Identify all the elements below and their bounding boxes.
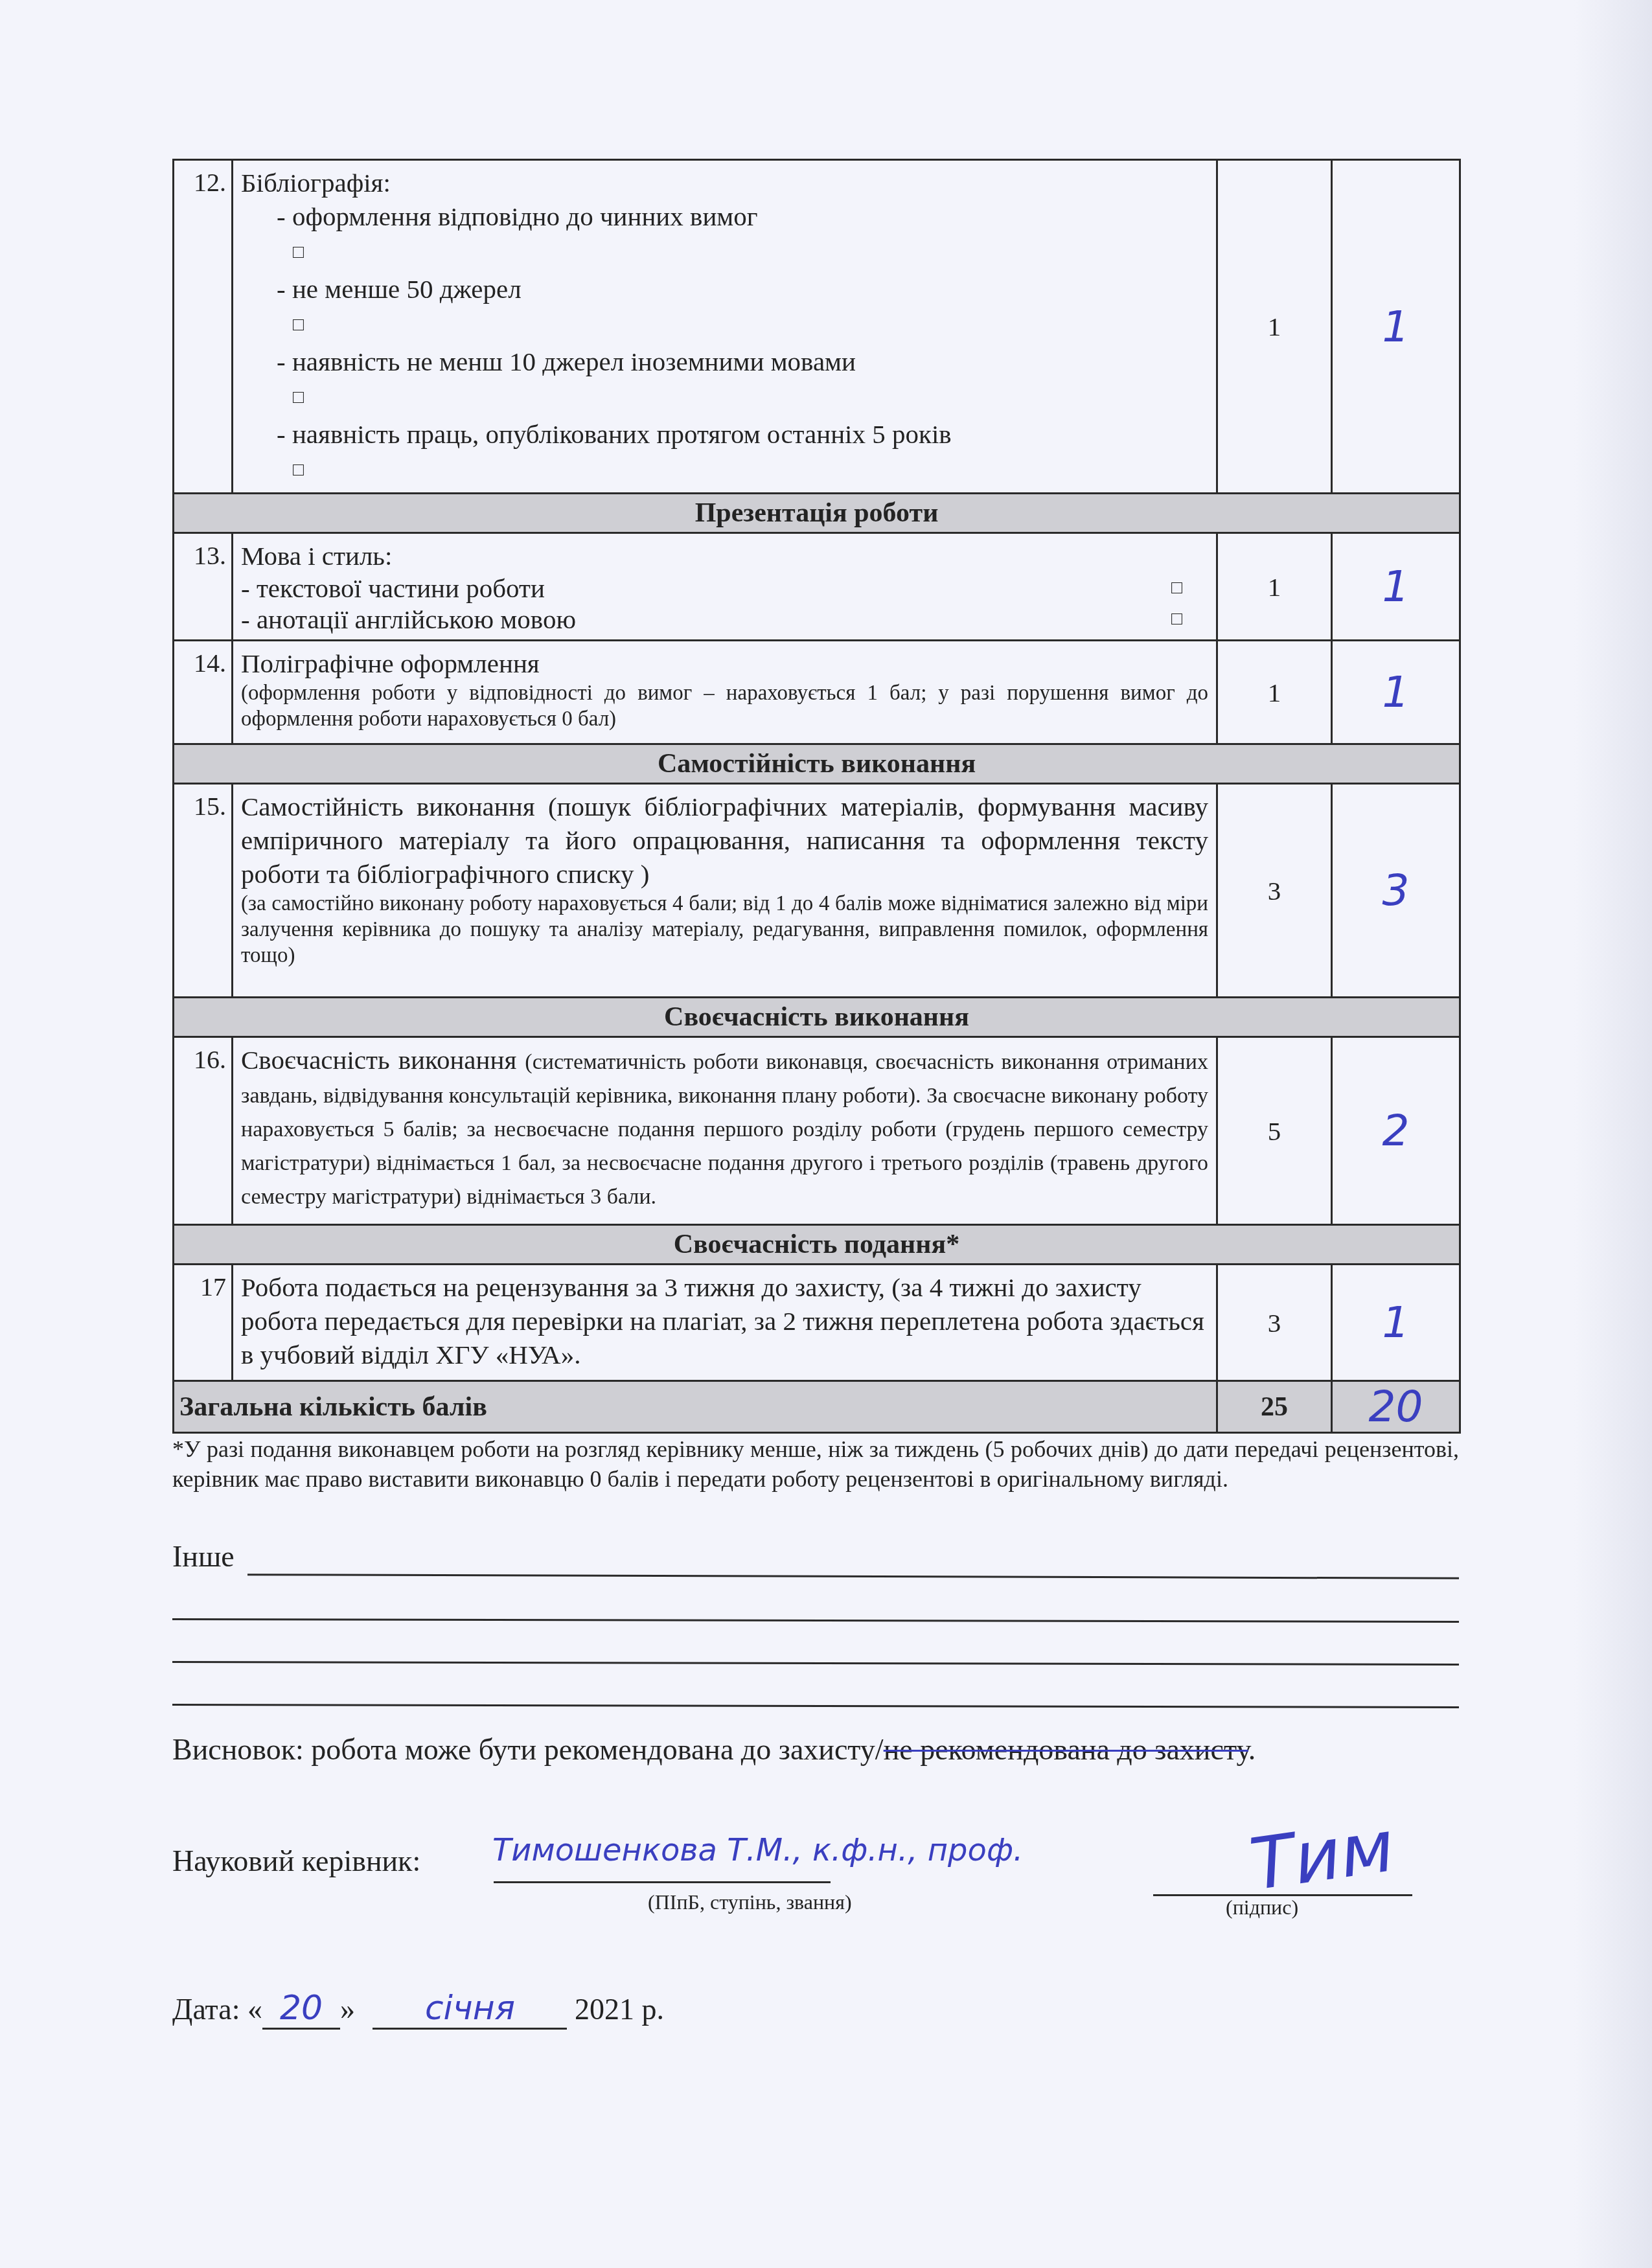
criteria-row: 17Робота подається на рецензування за 3 …	[174, 1265, 1460, 1381]
section-header: Своєчасність виконання	[174, 998, 1460, 1037]
checkbox-icon[interactable]: □	[1171, 604, 1208, 635]
section-title: Своєчасність подання*	[174, 1225, 1460, 1265]
criteria-note: (за самостійно виконану роботу нараховує…	[241, 891, 1208, 968]
row-number: 12.	[174, 160, 233, 494]
conclusion-suffix: .	[1248, 1733, 1256, 1766]
max-points: 3	[1217, 1265, 1332, 1381]
checkbox-icon[interactable]: □	[1171, 573, 1208, 604]
conclusion: Висновок: робота може бути рекомендована…	[172, 1731, 1459, 1769]
signature[interactable]: Тим	[1245, 1804, 1399, 1907]
section-title: Самостійність виконання	[174, 744, 1460, 784]
awarded-points-field[interactable]: 2	[1332, 1037, 1460, 1225]
total-score-field[interactable]: 20	[1332, 1381, 1460, 1433]
awarded-points-field[interactable]: 1	[1332, 1265, 1460, 1381]
criteria-title: Самостійність виконання (пошук бібліогра…	[241, 790, 1208, 891]
section-header: Презентація роботи	[174, 494, 1460, 533]
section-title: Презентація роботи	[174, 494, 1460, 533]
row-number: 17	[174, 1265, 233, 1381]
criteria-row: 14.Поліграфічне оформлення(оформлення ро…	[174, 641, 1460, 744]
row-number: 16.	[174, 1037, 233, 1225]
criteria-text: Своєчасність виконання (систематичність …	[233, 1037, 1217, 1225]
supervisor-name-underline	[494, 1881, 831, 1883]
max-points: 1	[1217, 533, 1332, 641]
date-year: 2021 р.	[575, 1993, 664, 2026]
criteria-title: Мова і стиль:	[241, 541, 392, 571]
criteria-text: Робота подається на рецензування за 3 ти…	[233, 1265, 1217, 1381]
criteria-row: 16.Своєчасність виконання (систематичніс…	[174, 1037, 1460, 1225]
max-points: 1	[1217, 641, 1332, 744]
awarded-points-field[interactable]: 3	[1332, 784, 1460, 998]
supervisor-label: Науковий керівник:	[172, 1844, 420, 1878]
supervisor-name-field[interactable]: Тимошенкова Т.М., к.ф.н., проф.	[492, 1832, 1023, 1868]
date-mid: »	[340, 1993, 355, 2026]
criteria-bullet: - не менше 50 джерел	[241, 272, 1208, 306]
other-line-4[interactable]	[172, 1704, 1459, 1708]
date-label: Дата: «	[172, 1993, 262, 2026]
conclusion-struck-option: не рекомендована до захисту	[884, 1733, 1248, 1766]
other-line-1[interactable]	[247, 1574, 1459, 1579]
criteria-bullet: - текстової частини роботи	[241, 573, 545, 603]
total-label: Загальна кількість балів	[174, 1381, 1217, 1433]
section-header: Самостійність виконання	[174, 744, 1460, 784]
criteria-text: Поліграфічне оформлення(оформлення робот…	[233, 641, 1217, 744]
checkbox-icon[interactable]: □	[241, 233, 1208, 272]
other-line-3[interactable]	[172, 1661, 1459, 1666]
criteria-text: Бібліографія:- оформлення відповідно до …	[233, 160, 1217, 494]
conclusion-prefix: Висновок: робота може бути рекомендована…	[172, 1733, 884, 1766]
awarded-points-field[interactable]: 1	[1332, 160, 1460, 494]
criteria-title: Робота подається на рецензування за 3 ти…	[241, 1270, 1208, 1371]
section-title: Своєчасність виконання	[174, 998, 1460, 1037]
criteria-row: 12.Бібліографія:- оформлення відповідно …	[174, 160, 1460, 494]
checkbox-icon[interactable]: □	[241, 451, 1208, 490]
checkbox-icon[interactable]: □	[241, 378, 1208, 417]
supervisor-name-caption: (ПІпБ, ступінь, звання)	[648, 1890, 852, 1914]
other-line-2[interactable]	[172, 1618, 1459, 1623]
row-number: 15.	[174, 784, 233, 998]
row-number: 13.	[174, 533, 233, 641]
criteria-note: (оформлення роботи у відповідності до ви…	[241, 680, 1208, 732]
criteria-text: Самостійність виконання (пошук бібліогра…	[233, 784, 1217, 998]
max-points: 3	[1217, 784, 1332, 998]
date-day-field[interactable]: 20	[262, 1989, 340, 2030]
section-header: Своєчасність подання*	[174, 1225, 1460, 1265]
page-edge-shadow	[1574, 0, 1652, 2268]
criteria-title: Бібліографія:	[241, 168, 391, 198]
total-max: 25	[1217, 1381, 1332, 1433]
criteria-row: 13.Мова і стиль:- текстової частини робо…	[174, 533, 1460, 641]
awarded-points-field[interactable]: 1	[1332, 533, 1460, 641]
criteria-title: Своєчасність виконання	[241, 1045, 516, 1075]
criteria-bullet: - наявність не менш 10 джерел іноземними…	[241, 345, 1208, 378]
criteria-bullet: - наявність праць, опублікованих протяго…	[241, 417, 1208, 451]
date-line: Дата: «20» січня 2021 р.	[172, 1989, 664, 2030]
criteria-bullet: - оформлення відповідно до чинних вимог	[241, 200, 1208, 233]
evaluation-table: 12.Бібліографія:- оформлення відповідно …	[172, 159, 1459, 1434]
criteria-text: Мова і стиль:- текстової частини роботи□…	[233, 533, 1217, 641]
awarded-points-field[interactable]: 1	[1332, 641, 1460, 744]
row-number: 14.	[174, 641, 233, 744]
max-points: 1	[1217, 160, 1332, 494]
max-points: 5	[1217, 1037, 1332, 1225]
criteria-bullet: - анотації англійською мовою	[241, 604, 576, 634]
total-row: Загальна кількість балів2520	[174, 1381, 1460, 1433]
checkbox-icon[interactable]: □	[241, 306, 1208, 345]
date-month-field[interactable]: січня	[373, 1989, 567, 2030]
criteria-row: 15.Самостійність виконання (пошук бібліо…	[174, 784, 1460, 998]
other-label: Інше	[172, 1539, 235, 1574]
footnote: *У разі подання виконавцем роботи на роз…	[172, 1434, 1459, 1494]
criteria-title: Поліграфічне оформлення	[241, 648, 540, 678]
